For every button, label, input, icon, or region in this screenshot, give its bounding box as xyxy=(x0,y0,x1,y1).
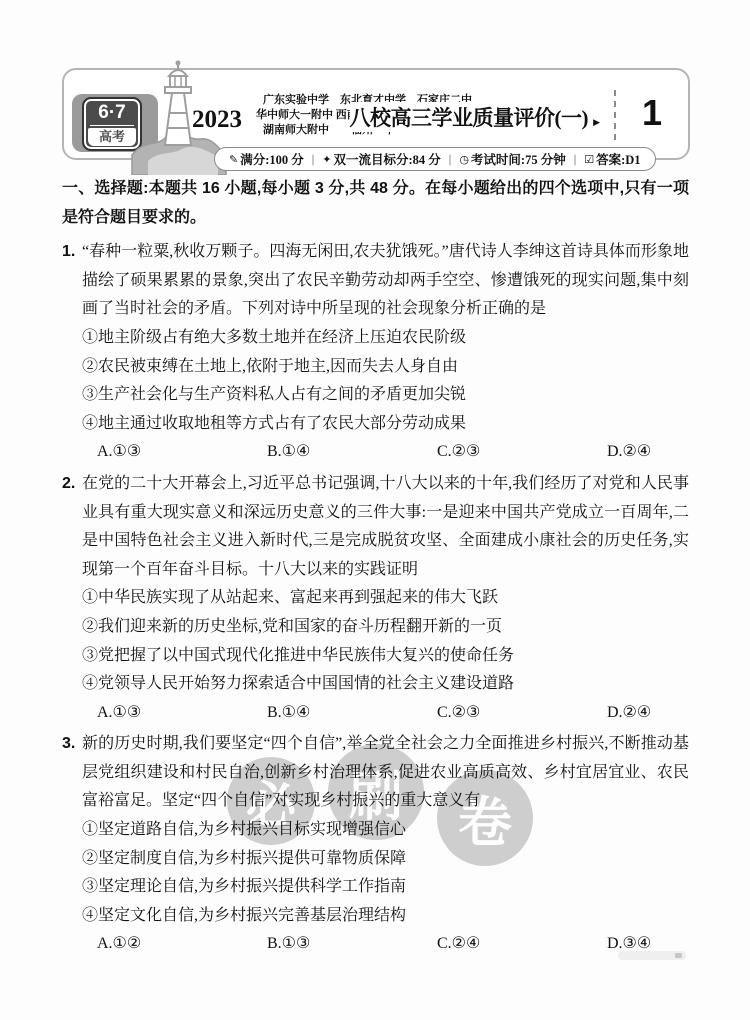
statement-item: ①坚定道路自信,为乡村振兴目标实现增强信心 xyxy=(82,816,689,845)
options-row: A.①③ B.①④ C.②③ D.②④ xyxy=(82,699,689,728)
stat-full-score: 满分:100 分 xyxy=(240,150,304,168)
question-3: 3. 新的历史时期,我们要坚定“四个自信”,举全党全社会之力全面推进乡村振兴,不… xyxy=(62,730,689,959)
statement-item: ④党领导人民开始努力探索适合中国国情的社会主义建设道路 xyxy=(82,670,689,699)
stat-target-score: 双一流目标分:84 分 xyxy=(334,150,441,168)
option-d: D.②④ xyxy=(607,699,689,728)
option-a: A.①③ xyxy=(97,699,267,728)
statement-item: ①中华民族实现了从站起来、富起来再到强起来的伟大飞跃 xyxy=(82,584,689,613)
stat-divider: | xyxy=(449,152,452,167)
question-stem: “春种一粒粟,秋收万颗子。四海无闲田,农夫犹饿死。”唐代诗人李绅这首诗具体而形象… xyxy=(82,238,689,324)
question-stem: 新的历史时期,我们要坚定“四个自信”,举全党全社会之力全面推进乡村振兴,不断推动… xyxy=(82,730,689,816)
dashed-divider xyxy=(614,90,616,140)
clock-icon: ◷ xyxy=(459,153,469,166)
question-number: 1. xyxy=(62,238,75,267)
statement-item: ③党把握了以中国式现代化推进中华民族伟大复兴的使命任务 xyxy=(82,642,689,671)
pencil-icon: ✎ xyxy=(229,153,238,166)
stat-divider: | xyxy=(574,152,577,167)
question-stem: 在党的二十大开幕会上,习近平总书记强调,十八大以来的十年,我们经历了对党和人民事… xyxy=(82,470,689,584)
exam-year: 2023 xyxy=(192,106,242,134)
horizontal-scrollbar[interactable] xyxy=(618,951,686,960)
exam-title: 八校高三学业质量评价(一) xyxy=(350,102,589,132)
exam-page: 6·7 高考 2023 广东实验中学 东北育才中学 石家庄二中 华中师大一附中 … xyxy=(0,0,750,1020)
statement-item: ②我们迎来新的历史坐标,党和国家的奋斗历程翻开新的一页 xyxy=(82,613,689,642)
option-b: B.①③ xyxy=(267,930,437,959)
scrollbar-grip-icon xyxy=(675,953,682,958)
statement-item: ②农民被束缚在土地上,依附于地主,因而失去人身自由 xyxy=(82,353,689,382)
question-number: 2. xyxy=(62,470,75,499)
option-a: A.①② xyxy=(97,930,267,959)
statement-item: ③生产社会化与生产资料私人占有之间的矛盾更加尖锐 xyxy=(82,381,689,410)
paper-number: 1 xyxy=(642,92,662,134)
options-row: A.①③ B.①④ C.②③ D.②④ xyxy=(82,438,689,467)
stat-answer-code: 答案:D1 xyxy=(596,150,640,168)
question-2: 2. 在党的二十大开幕会上,习近平总书记强调,十八大以来的十年,我们经历了对党和… xyxy=(62,470,689,727)
statement-item: ④地主通过收取地租等方式占有了农民大部分劳动成果 xyxy=(82,410,689,439)
options-row: A.①② B.①③ C.②④ D.③④ xyxy=(82,930,689,959)
stats-bar: ✎满分:100 分 | ✦双一流目标分:84 分 | ◷考试时间:75 分钟 |… xyxy=(214,147,656,171)
option-b: B.①④ xyxy=(267,699,437,728)
triangle-arrow-icon: ▶ xyxy=(593,117,600,128)
statement-item: ④坚定文化自信,为乡村振兴完善基层治理结构 xyxy=(82,902,689,931)
exam-header: 6·7 高考 2023 广东实验中学 东北育才中学 石家庄二中 华中师大一附中 … xyxy=(62,68,690,160)
check-icon: ☑ xyxy=(584,153,594,166)
question-number: 3. xyxy=(62,730,75,759)
option-c: C.②③ xyxy=(437,438,607,467)
statement-item: ③坚定理论自信,为乡村振兴提供科学工作指南 xyxy=(82,873,689,902)
stat-exam-time: 考试时间:75 分钟 xyxy=(471,150,566,168)
option-b: B.①④ xyxy=(267,438,437,467)
option-c: C.②④ xyxy=(437,930,607,959)
stat-divider: | xyxy=(312,152,315,167)
section-heading: 一、选择题:本题共 16 小题,每小题 3 分,共 48 分。在每小题给出的四个… xyxy=(62,175,689,232)
question-1: 1. “春种一粒粟,秋收万颗子。四海无闲田,农夫犹饿死。”唐代诗人李绅这首诗具体… xyxy=(62,238,689,467)
option-c: C.②③ xyxy=(437,699,607,728)
statement-item: ②坚定制度自信,为乡村振兴提供可靠物质保障 xyxy=(82,845,689,874)
statement-item: ①地主阶级占有绝大多数土地并在经济上压迫农民阶级 xyxy=(82,324,689,353)
option-a: A.①③ xyxy=(97,438,267,467)
star-icon: ✦ xyxy=(322,153,331,166)
option-d: D.②④ xyxy=(607,438,689,467)
exam-body: 一、选择题:本题共 16 小题,每小题 3 分,共 48 分。在每小题给出的四个… xyxy=(62,175,689,962)
